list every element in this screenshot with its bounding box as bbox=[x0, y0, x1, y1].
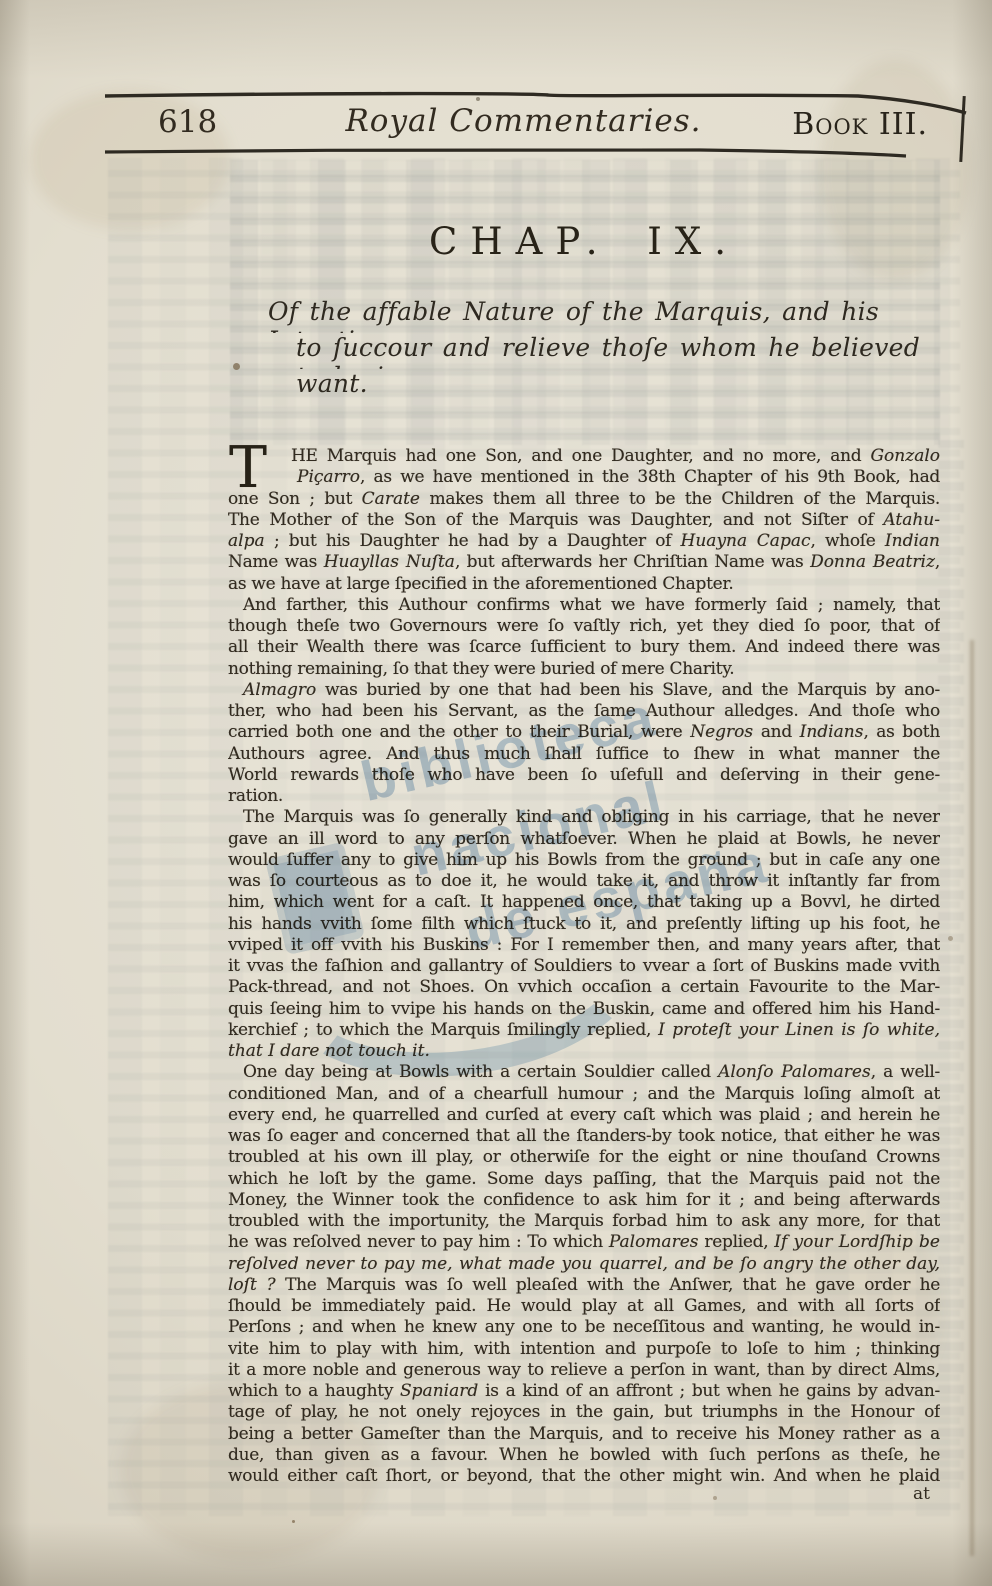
text-line: would ſuffer any to give him up his Bowl… bbox=[228, 850, 940, 871]
text-line: The Marquis was ſo generally kind and ob… bbox=[228, 807, 940, 828]
text-line: it vvas the faſhion and gallantry of Sou… bbox=[228, 956, 940, 977]
text-line: World rewards thoſe who have been ſo uſe… bbox=[228, 765, 940, 786]
italic-segment: loſt ? bbox=[228, 1275, 276, 1295]
ink-speck bbox=[868, 1262, 871, 1265]
text-line: conditioned Man, and of a chearfull humo… bbox=[228, 1084, 940, 1105]
text-line: reſolved never to pay me, what made you … bbox=[228, 1254, 940, 1275]
text-line: his hands vvith ſome filth which ſtuck t… bbox=[228, 914, 940, 935]
text-line: Almagro was buried by one that had been … bbox=[228, 680, 940, 701]
italic-segment: Huayllas Nuſta bbox=[324, 552, 455, 572]
argument-line: want. bbox=[268, 369, 940, 405]
text-line: was ſo courteous as to doe it, he would … bbox=[228, 871, 940, 892]
italic-segment: reſolved never to pay me, what made you … bbox=[228, 1254, 940, 1275]
italic-segment: Negros bbox=[690, 722, 753, 742]
text-line: Perſons ; and when he knew any one to be… bbox=[228, 1317, 940, 1338]
italic-segment: that I dare not touch it. bbox=[228, 1041, 430, 1061]
italic-segment: Huayna Capac bbox=[681, 531, 811, 551]
text-line: one Son ; but Carate makes them all thre… bbox=[228, 489, 940, 510]
italic-segment: If your Lordſhip be bbox=[774, 1232, 940, 1252]
text-line: carried both one and the other to their … bbox=[228, 722, 940, 743]
text-line: HE Marquis had one Son, and one Daughter… bbox=[228, 446, 940, 467]
italic-segment: Palomares bbox=[609, 1232, 699, 1252]
ink-speck bbox=[476, 97, 480, 101]
text-line: all their Wealth there was ſcarce ſuffic… bbox=[228, 637, 940, 658]
text-line: would either caſt ſhort, or beyond, that… bbox=[228, 1466, 940, 1487]
italic-segment: Indian bbox=[885, 531, 940, 551]
italic-segment: alpa bbox=[228, 531, 265, 551]
text-line: Pack-thread, and not Shoes. On vvhich oc… bbox=[228, 977, 940, 998]
text-line: that I dare not touch it. bbox=[228, 1041, 940, 1062]
text-line: tage of play, he not onely rejoyces in t… bbox=[228, 1402, 940, 1423]
text-line: vite him to play with him, with intentio… bbox=[228, 1339, 940, 1360]
text-line: Name was Huayllas Nuſta, but afterwards … bbox=[228, 552, 940, 573]
italic-segment: Alonſo Palomares bbox=[718, 1062, 871, 1082]
text-line: due, than given as a favour. When he bow… bbox=[228, 1445, 940, 1466]
catchword: at bbox=[913, 1484, 930, 1504]
book-page: 618 Royal Commentaries. Book III. CHAP. … bbox=[0, 0, 992, 1586]
header-rules bbox=[0, 0, 992, 180]
ink-speck bbox=[948, 936, 953, 941]
text-line: him, which went for a caſt. It happened … bbox=[228, 892, 940, 913]
italic-segment: Almagro bbox=[243, 680, 316, 700]
italic-segment: Piçarro bbox=[297, 467, 360, 487]
text-line: every end, he quarrelled and curſed at e… bbox=[228, 1105, 940, 1126]
argument-line: to ſuccour and relieve thoſe whom he bel… bbox=[268, 333, 940, 369]
text-line: kerchief ; to which the Marquis ſmilingl… bbox=[228, 1020, 940, 1041]
text-line: though theſe two Governours were ſo vaſt… bbox=[228, 616, 940, 637]
text-line: ſhould be immediately paid. He would pla… bbox=[228, 1296, 940, 1317]
text-line: he was reſolved never to pay him : To wh… bbox=[228, 1232, 940, 1253]
italic-segment: Indians bbox=[800, 722, 864, 742]
argument-line: Of the affable Nature of the Marquis, an… bbox=[268, 297, 940, 333]
text-line: which to a haughty Spaniard is a kind of… bbox=[228, 1381, 940, 1402]
italic-segment: I proteſt your Linen is ſo white, bbox=[658, 1020, 940, 1040]
italic-segment: Gonzalo bbox=[870, 446, 940, 466]
chapter-argument: Of the affable Nature of the Marquis, an… bbox=[268, 297, 940, 405]
text-line: alpa ; but his Daughter he had by a Daug… bbox=[228, 531, 940, 552]
paragraph: One day being at Bowls with a certain So… bbox=[228, 1062, 940, 1487]
body-text: THE Marquis had one Son, and one Daughte… bbox=[228, 446, 940, 1487]
chapter-heading: CHAP. IX. bbox=[228, 220, 940, 263]
text-line: as we have at large ſpecified in the afo… bbox=[228, 574, 940, 595]
text-line: Money, the Winner took the confidence to… bbox=[228, 1190, 940, 1211]
italic-segment: Spaniard bbox=[400, 1381, 478, 1401]
text-line: Piçarro, as we have mentioned in the 38t… bbox=[228, 467, 940, 488]
text-line: ther, who had been his Servant, as the ſ… bbox=[228, 701, 940, 722]
italic-segment: Carate bbox=[362, 489, 420, 509]
text-line: being a better Gameſter than the Marquis… bbox=[228, 1424, 940, 1445]
text-line: loſt ? The Marquis was ſo well pleaſed w… bbox=[228, 1275, 940, 1296]
text-line: troubled with the importunity, the Marqu… bbox=[228, 1211, 940, 1232]
ink-speck bbox=[292, 1520, 295, 1523]
bleedthrough-texture-right bbox=[938, 440, 964, 1480]
text-line: Authours agree. And thus much ſhall ſuff… bbox=[228, 744, 940, 765]
text-line: One day being at Bowls with a certain So… bbox=[228, 1062, 940, 1083]
text-line: was ſo eager and concerned that all the … bbox=[228, 1126, 940, 1147]
italic-segment: Donna Beatriz bbox=[810, 552, 935, 572]
text-line: vviped it off vvith his Buskins : For I … bbox=[228, 935, 940, 956]
paragraph: THE Marquis had one Son, and one Daughte… bbox=[228, 446, 940, 595]
book-label: Book III. bbox=[792, 107, 928, 142]
running-title: Royal Commentaries. bbox=[345, 103, 701, 139]
text-line: quis ſeeing him to vvipe his hands on th… bbox=[228, 999, 940, 1020]
paragraph: The Marquis was ſo generally kind and ob… bbox=[228, 807, 940, 1062]
text-line: it a more noble and generous way to reli… bbox=[228, 1360, 940, 1381]
text-line: nothing remaining, ſo that they were bur… bbox=[228, 659, 940, 680]
ink-speck bbox=[233, 363, 240, 370]
text-line: which he loſt by the game. Some days paſ… bbox=[228, 1169, 940, 1190]
text-line: ration. bbox=[228, 786, 940, 807]
italic-segment: Atahu- bbox=[883, 510, 940, 530]
text-line: troubled at his own ill play, or otherwi… bbox=[228, 1147, 940, 1168]
text-line: The Mother of the Son of the Marquis was… bbox=[228, 510, 940, 531]
text-line: And farther, this Authour confirms what … bbox=[228, 595, 940, 616]
ink-speck bbox=[713, 1496, 717, 1500]
text-line: gave an ill word to any perſon whatſoeve… bbox=[228, 829, 940, 850]
scan-edge-shadow bbox=[970, 640, 974, 1556]
paragraph: And farther, this Authour confirms what … bbox=[228, 595, 940, 680]
drop-cap: T bbox=[229, 446, 267, 491]
paragraph: Almagro was buried by one that had been … bbox=[228, 680, 940, 808]
